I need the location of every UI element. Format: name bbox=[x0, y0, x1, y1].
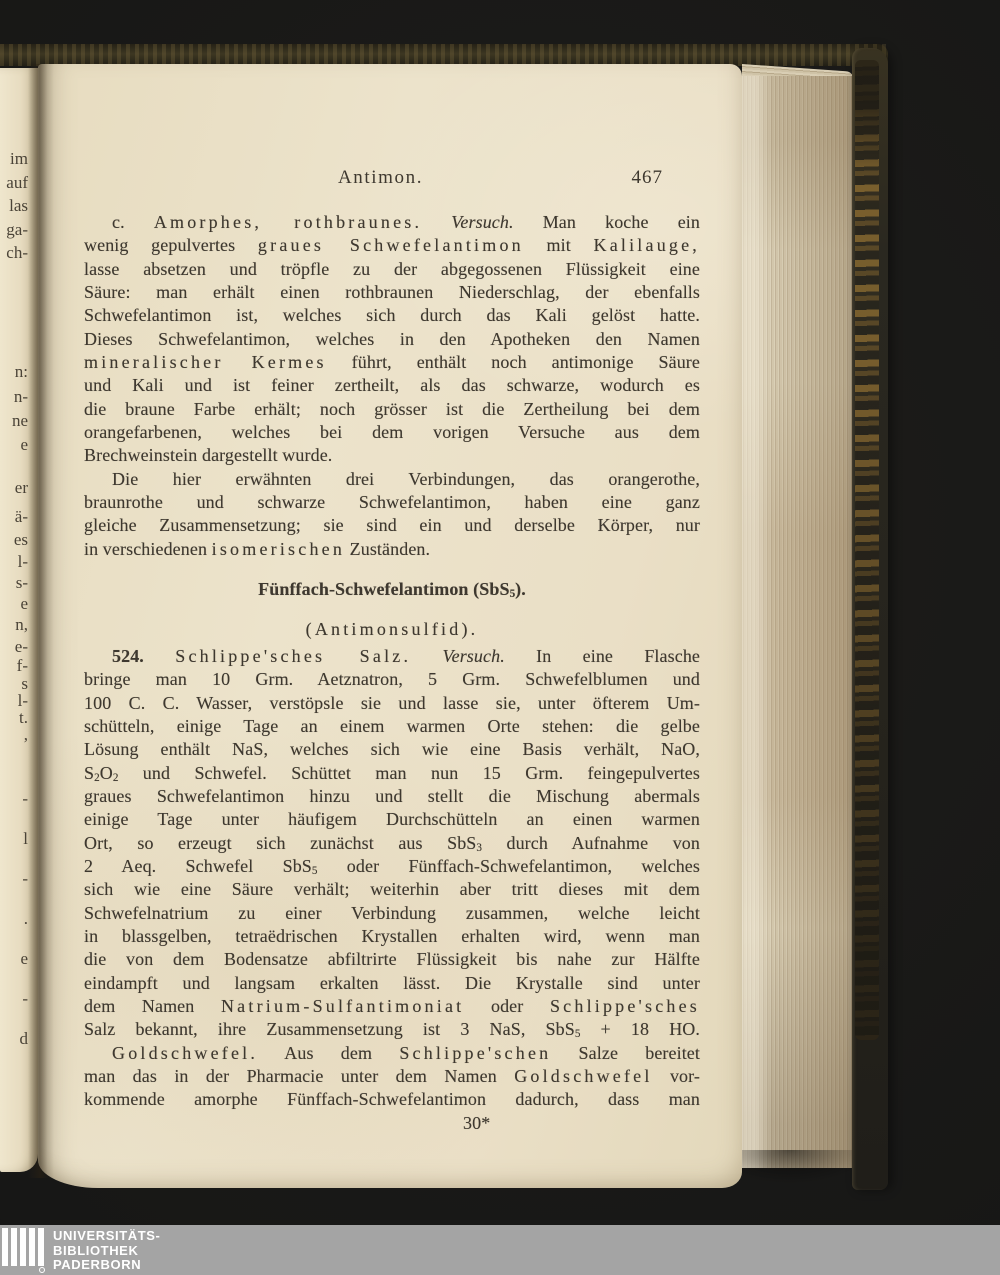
text-line: graues Schwefelantimon hinzu und stellt … bbox=[84, 785, 700, 808]
text-line: 524. Schlippe'sches Salz. Versuch. In ei… bbox=[84, 645, 700, 668]
text-line: Ort, so erzeugt sich zunächst aus SbS3 d… bbox=[84, 832, 700, 855]
block-para: Goldschwefel. Aus dem Schlippe'schen Sal… bbox=[84, 1042, 700, 1112]
text-line: c. Amorphes, rothbraunes. Versuch. Man k… bbox=[84, 211, 700, 234]
text-line: Säure: man erhält einen rothbraunen Nied… bbox=[84, 281, 700, 304]
text-line: lasse absetzen und tröpfle zu der abgego… bbox=[84, 258, 700, 281]
text-line: (Antimonsulfid). bbox=[84, 618, 700, 641]
text-line: Brechweinstein dargestellt wurde. bbox=[84, 444, 700, 467]
text-line: 100 C. C. Wasser, verstöpsle sie und las… bbox=[84, 692, 700, 715]
ub-paderborn-logo bbox=[2, 1228, 48, 1272]
text-line: wenig gepulvertes graues Schwefelantimon… bbox=[84, 234, 700, 257]
facing-page-text-fragment: n: bbox=[15, 361, 28, 383]
watermark-text: UNIVERSITÄTS- BIBLIOTHEK PADERBORN bbox=[53, 1229, 160, 1273]
facing-page-text-fragment: ä- bbox=[15, 506, 28, 528]
facing-page-text-fragment: ga- bbox=[6, 219, 28, 241]
watermark-line-1: UNIVERSITÄTS- bbox=[53, 1229, 160, 1244]
text-line: und Kali und ist feiner zertheilt, als d… bbox=[84, 374, 700, 397]
book-scan-photo: imauflasga-ch-n:n-neeerä-esl-s-en,e-f-sl… bbox=[0, 0, 1000, 1275]
facing-page-text-fragment: e bbox=[20, 593, 28, 615]
leather-binding-strip bbox=[852, 48, 888, 1190]
facing-page-text-fragment: er bbox=[15, 477, 28, 499]
gutter-shadow bbox=[28, 64, 54, 1178]
fore-edge-pages bbox=[742, 76, 854, 1168]
cover-top-leather-edge bbox=[0, 44, 888, 66]
text-line: einige Tage unter häufigem Durchschüttel… bbox=[84, 808, 700, 831]
logo-dot-icon bbox=[39, 1267, 45, 1273]
page-title: Antimon. bbox=[98, 165, 663, 191]
text-line: mineralischer Kermes führt, enthält noch… bbox=[84, 351, 700, 374]
logo-bar-icon bbox=[2, 1228, 8, 1266]
facing-page-text-fragment: d bbox=[20, 1028, 29, 1050]
text-line: Fünffach-Schwefelantimon (SbS5). bbox=[84, 578, 700, 601]
text-line: kommende amorphe Fünffach-Schwefelantimo… bbox=[84, 1088, 700, 1111]
facing-page-text-fragment: n, bbox=[15, 614, 28, 636]
text-line: in verschiedenen isomerischen Zuständen. bbox=[84, 538, 700, 561]
text-line: gleiche Zusammensetzung; sie sind ein un… bbox=[84, 514, 700, 537]
facing-page-text-fragment: ne bbox=[12, 410, 28, 432]
text-line: bringe man 10 Grm. Aetznatron, 5 Grm. Sc… bbox=[84, 668, 700, 691]
text-line: S2O2 und Schwefel. Schüttet man nun 15 G… bbox=[84, 762, 700, 785]
text-line: Lösung enthält NaS, welches sich wie ein… bbox=[84, 738, 700, 761]
text-line: braunrothe und schwarze Schwefelantimon,… bbox=[84, 491, 700, 514]
text-line: 2 Aeq. Schwefel SbS5 oder Fünffach-Schwe… bbox=[84, 855, 700, 878]
logo-bar-icon bbox=[38, 1228, 44, 1266]
text-line: Salz bekannt, ihre Zusammensetzung ist 3… bbox=[84, 1018, 700, 1041]
watermark-line-2: BIBLIOTHEK bbox=[53, 1244, 160, 1259]
watermark-band: UNIVERSITÄTS- BIBLIOTHEK PADERBORN bbox=[0, 1225, 1000, 1275]
text-line: die braune Farbe erhält; noch grösser is… bbox=[84, 398, 700, 421]
facing-page-text-fragment: im bbox=[10, 148, 28, 170]
text-line: Schwefelnatrium zu einer Verbindung zusa… bbox=[84, 902, 700, 925]
block-para: c. Amorphes, rothbraunes. Versuch. Man k… bbox=[84, 211, 700, 468]
block-h1: Fünffach-Schwefelantimon (SbS5). bbox=[84, 578, 700, 601]
text-line: Dieses Schwefelantimon, welches in den A… bbox=[84, 328, 700, 351]
block-para: Die hier erwähnten drei Verbindungen, da… bbox=[84, 468, 700, 561]
text-line: in blassgelben, tetraëdrischen Krystalle… bbox=[84, 925, 700, 948]
gilt-mottling bbox=[855, 60, 879, 1040]
text-line: eindampft und langsam erkalten lässt. Di… bbox=[84, 972, 700, 995]
facing-page-text-fragment: e bbox=[20, 434, 28, 456]
book-page: Antimon. 467 c. Amorphes, rothbraunes. V… bbox=[38, 64, 742, 1188]
text-block: c. Amorphes, rothbraunes. Versuch. Man k… bbox=[84, 211, 700, 1135]
block-para: 524. Schlippe'sches Salz. Versuch. In ei… bbox=[84, 645, 700, 1042]
facing-page-text-fragment: s- bbox=[16, 572, 28, 594]
facing-page-text-fragment: auf bbox=[6, 172, 28, 194]
fore-edge-bottom-shadow bbox=[742, 1150, 862, 1195]
logo-bar-icon bbox=[11, 1228, 17, 1266]
facing-page-text-fragment: n- bbox=[14, 386, 28, 408]
text-line: dem Namen Natrium-Sulfantimoniat oder Sc… bbox=[84, 995, 700, 1018]
facing-page-text-fragment: ch- bbox=[6, 242, 28, 264]
logo-bar-icon bbox=[20, 1228, 26, 1266]
text-line: schütteln, einige Tage an einem warmen O… bbox=[84, 715, 700, 738]
facing-page-text-fragment: es bbox=[14, 529, 28, 551]
facing-page-text-fragment: las bbox=[9, 195, 28, 217]
block-h2: (Antimonsulfid). bbox=[84, 618, 700, 641]
text-line: sich wie eine Säure verhält; weiterhin a… bbox=[84, 878, 700, 901]
page-header: Antimon. 467 bbox=[98, 165, 663, 191]
facing-page-fragments: imauflasga-ch-n:n-neeerä-esl-s-en,e-f-sl… bbox=[0, 0, 31, 1200]
text-line: man das in der Pharmacie unter dem Namen… bbox=[84, 1065, 700, 1088]
text-line: orangefarbenen, welches bei dem vorigen … bbox=[84, 421, 700, 444]
facing-page-text-fragment: l- bbox=[18, 551, 28, 573]
text-line: Schwefelantimon ist, welches sich durch … bbox=[84, 304, 700, 327]
facing-page-text-fragment: e bbox=[20, 948, 28, 970]
text-line: Die hier erwähnten drei Verbindungen, da… bbox=[84, 468, 700, 491]
text-line: die von dem Bodensatze abfiltrirte Flüss… bbox=[84, 948, 700, 971]
signature-mark: 30* bbox=[84, 1112, 700, 1135]
text-line: Goldschwefel. Aus dem Schlippe'schen Sal… bbox=[84, 1042, 700, 1065]
watermark-line-3: PADERBORN bbox=[53, 1258, 160, 1273]
page-number: 467 bbox=[632, 165, 664, 191]
logo-bar-icon bbox=[29, 1228, 35, 1266]
fore-edge-stains bbox=[742, 76, 854, 1168]
